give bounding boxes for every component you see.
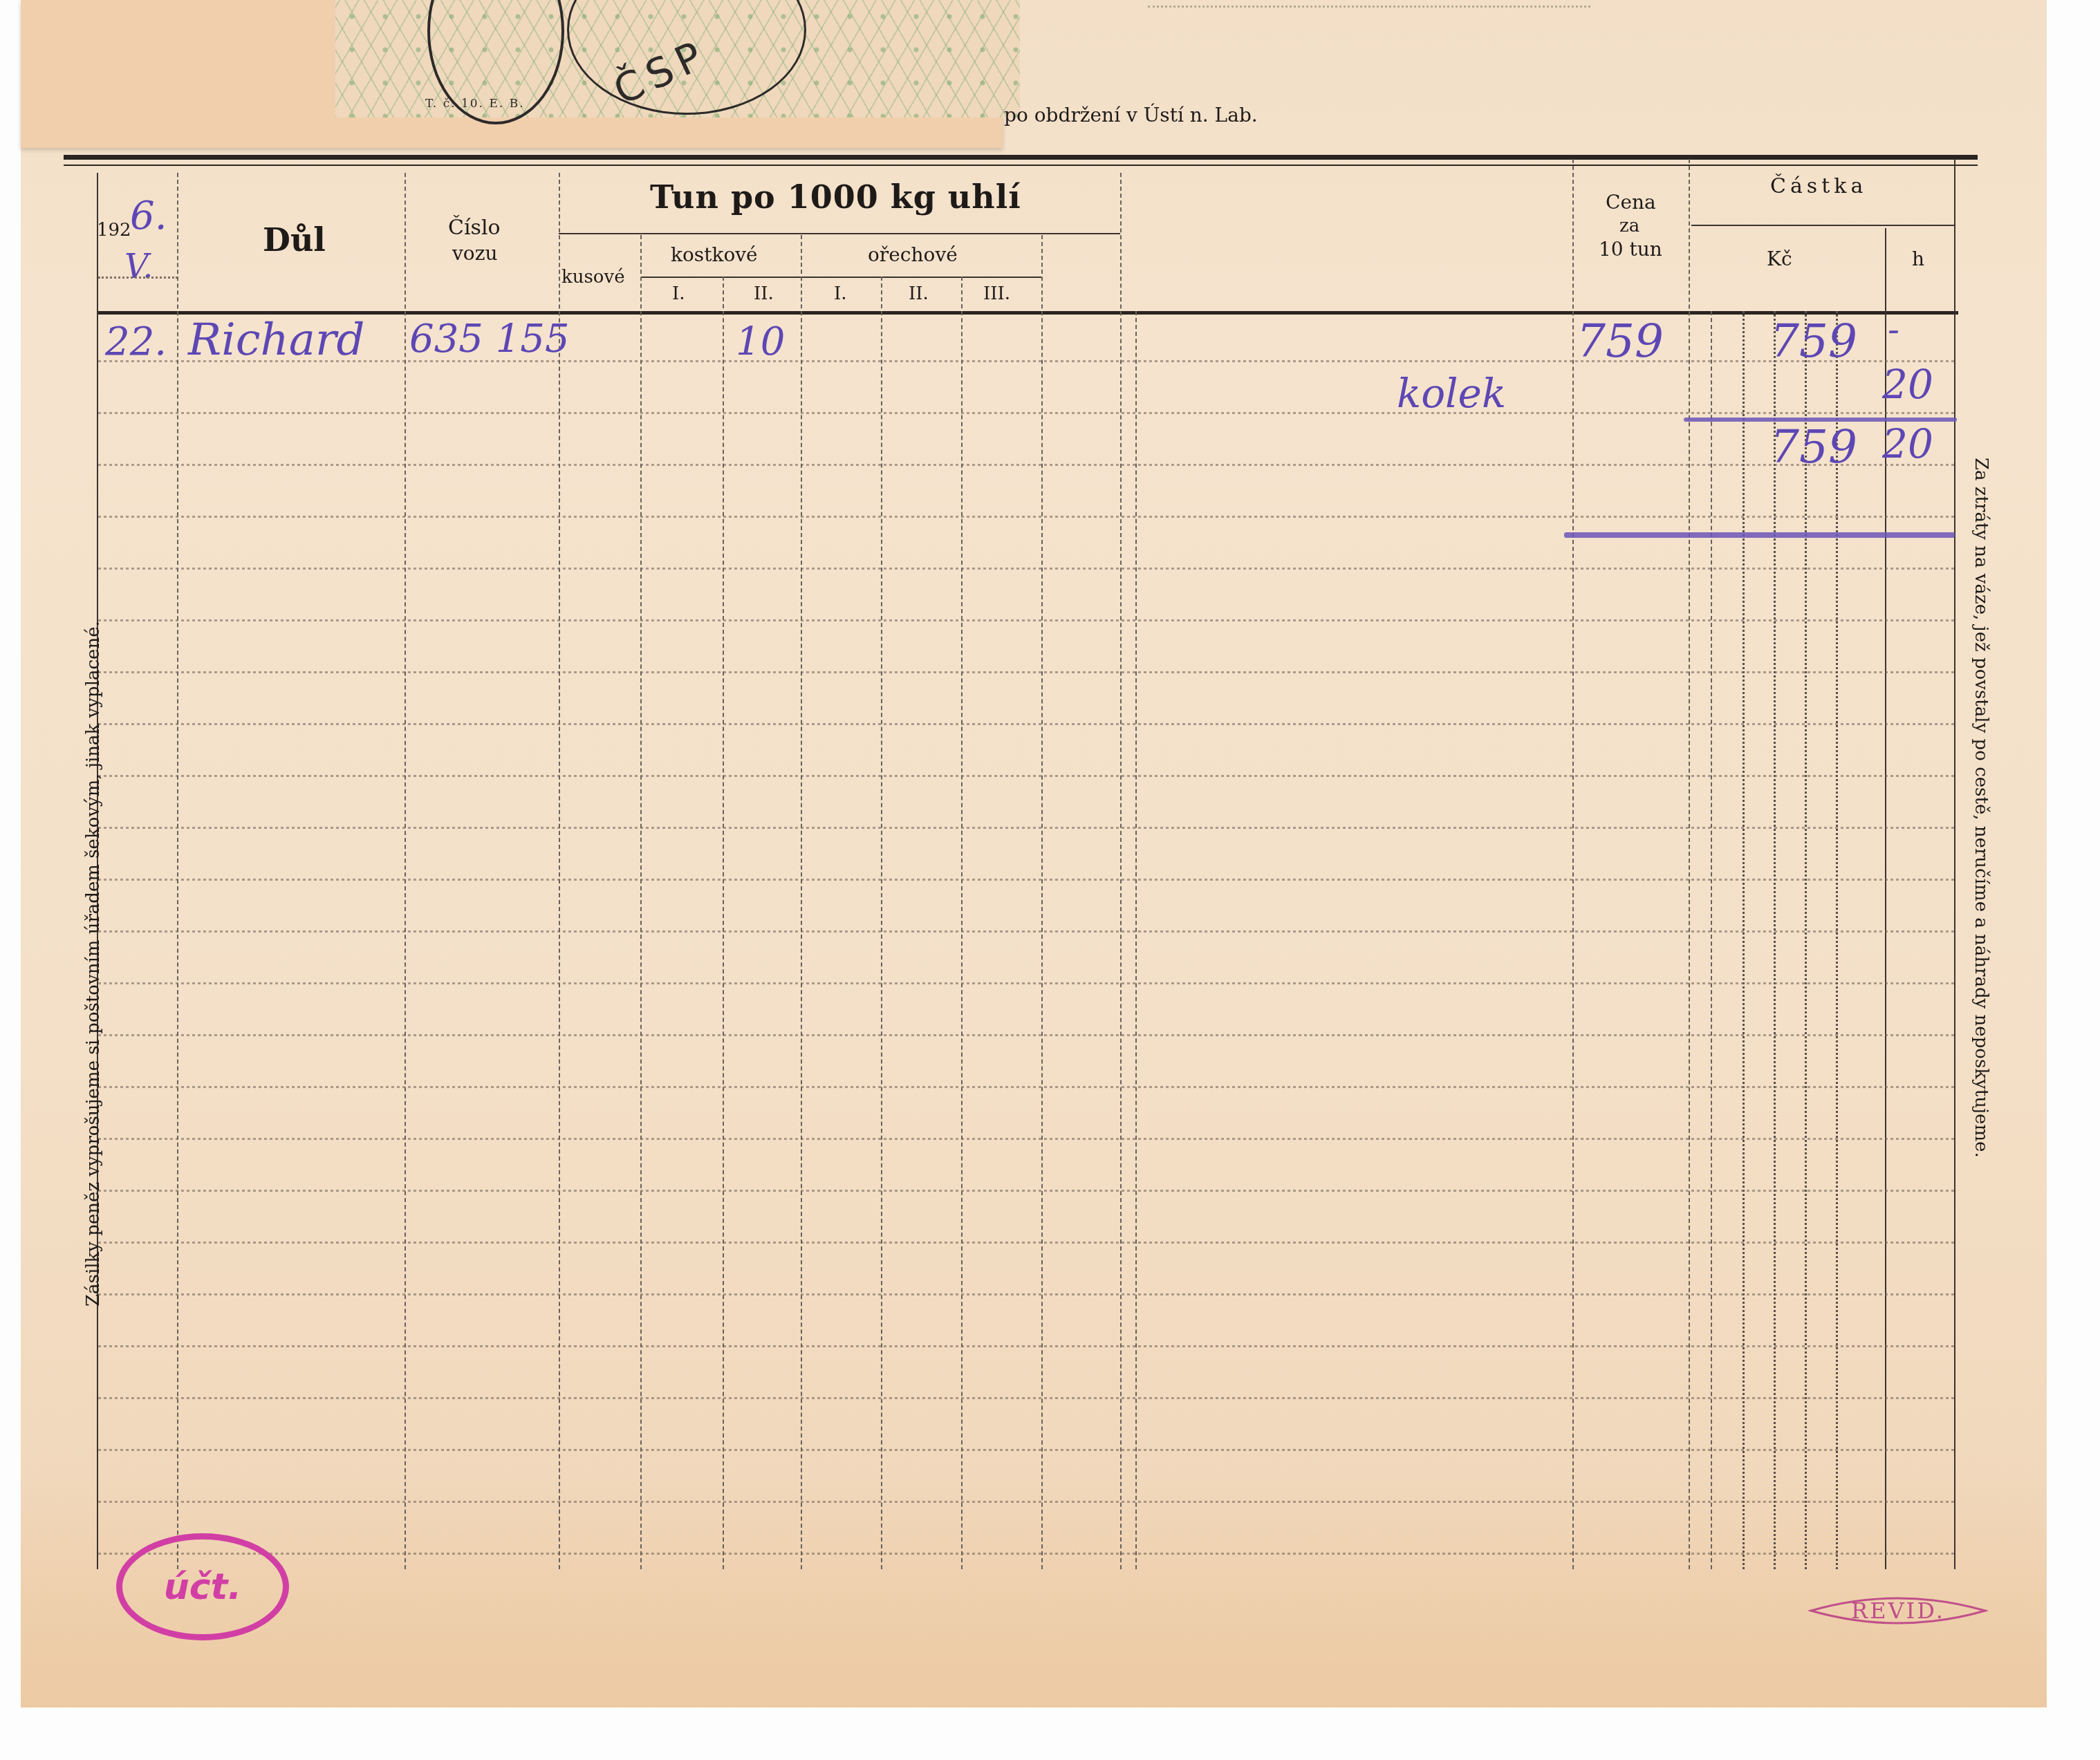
accounting-stamp: účt. <box>116 1533 289 1640</box>
right-side-note: Za ztráty na váze, jež povstaly po cestě… <box>1971 458 1991 1158</box>
header-kusove: kusové <box>561 267 625 288</box>
header-rule-sorts <box>642 277 1041 278</box>
attached-receipt-slip: ČSP T. č. 10. E. B. <box>21 0 1003 148</box>
table-top-thick-rule <box>64 155 1978 160</box>
header-tons-group: Tun po 1000 kg uhlí <box>650 178 1021 216</box>
header-wagon-number-line1: Číslo <box>448 216 501 240</box>
header-orechove-iii: III. <box>983 283 1010 304</box>
header-orechove: ořechové <box>868 243 958 266</box>
row1-day: 22. <box>105 319 167 364</box>
total-amount-h: 20 <box>1882 420 1933 467</box>
header-orechove-i: I. <box>834 283 847 304</box>
date-year-handwritten: 6. <box>130 194 167 238</box>
row1-mine: Richard <box>188 315 364 366</box>
header-kostkove-i: I. <box>672 283 685 304</box>
date-month-handwritten: V. <box>124 247 154 286</box>
header-amount-h: h <box>1912 247 1924 270</box>
row1-kostkove-ii: 10 <box>736 319 785 364</box>
row2-amount-h: 20 <box>1882 361 1933 408</box>
header-orechove-ii: II. <box>909 283 929 304</box>
header-mine: Důl <box>263 221 326 259</box>
header-dotted-line <box>1148 6 1590 8</box>
header-amount-kc: Kč <box>1767 247 1792 270</box>
accounting-stamp-text: účt. <box>164 1566 241 1608</box>
row1-amount-h: - <box>1888 310 1899 350</box>
revision-stamp-text: REVID. <box>1851 1598 1945 1624</box>
row2-note: kolek <box>1397 370 1506 417</box>
date-dotted-rule <box>98 277 178 279</box>
header-price-line2: za <box>1619 216 1639 236</box>
revision-stamp: REVID. <box>1808 1590 1988 1631</box>
total-amount-kc: 759 <box>1770 420 1857 474</box>
row1-amount-kc: 759 <box>1770 315 1857 368</box>
header-price-line3: 10 tun <box>1599 238 1662 261</box>
stamp-code: T. č. 10. E. B. <box>425 97 525 111</box>
total-double-ink-rule <box>1564 532 1955 538</box>
left-side-note: Zásilky peněz vyprošujeme si poštovním ú… <box>83 621 104 1307</box>
row1-price: 759 <box>1577 315 1664 368</box>
header-rule-amount <box>1691 225 1954 226</box>
header-amount: Částka <box>1770 174 1867 198</box>
row-lines <box>98 311 1954 1555</box>
header-kostkove: kostkové <box>671 243 758 266</box>
header-rule-tons <box>559 233 1120 234</box>
header-kostkove-ii: II. <box>754 283 774 304</box>
table-top-thin-rule <box>64 165 1978 166</box>
date-prefix: 192 <box>97 220 131 241</box>
receipt-note: po obdržení v Ústí n. Lab. <box>1004 104 1258 127</box>
row1-wagon-number: 635 155 <box>409 317 570 362</box>
header-price-line1: Cena <box>1606 191 1656 214</box>
scan-background-bottom <box>0 1707 2100 1760</box>
col-line-right-border <box>1954 159 1955 1569</box>
header-wagon-number-line2: vozu <box>452 242 497 265</box>
